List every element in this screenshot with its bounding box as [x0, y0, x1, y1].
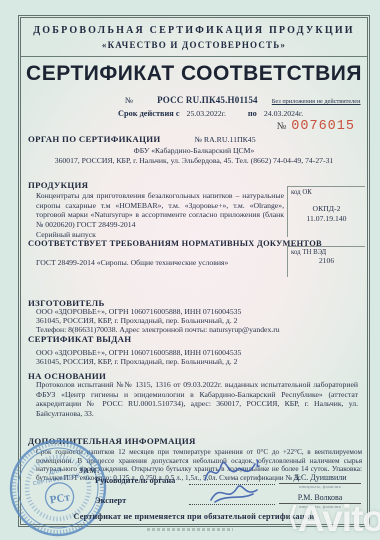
compliance-standard: ГОСТ 28499-2014 «Сиропы. Общие техническ… [36, 258, 228, 268]
product-description: Концентраты для приготовления безалкогол… [36, 191, 284, 229]
head-signatory-name: Д.С. Дуишвили [279, 473, 361, 484]
zam-note: ЗАМ. [79, 467, 100, 475]
attachment-note: Без приложения не действителен [272, 98, 361, 105]
program-title: ДОБРОВОЛЬНАЯ СЕРТИФИКАЦИЯ ПРОДУКЦИИ [21, 25, 367, 36]
number-sign: № [125, 95, 133, 105]
certificate-scan: ДОБРОВОЛЬНАЯ СЕРТИФИКАЦИЯ ПРОДУКЦИИ «КАЧ… [0, 0, 380, 540]
holder-label: СЕРТИФИКАТ ВЫДАН [28, 334, 131, 344]
program-subtitle: «КАЧЕСТВО И ДОСТОВЕРНОСТЬ» [21, 40, 367, 50]
certificate-frame: ДОБРОВОЛЬНАЯ СЕРТИФИКАЦИЯ ПРОДУКЦИИ «КАЧ… [18, 15, 370, 527]
stamp-ring-text-outer [7, 437, 109, 539]
avito-watermark: ⟨Avito [288, 498, 380, 540]
validity-row: Срок действия с 25.03.2022г. по 24.03.20… [118, 109, 303, 118]
validity-to: 24.03.2024г. [264, 109, 303, 118]
validity-label: Срок действия с [118, 109, 180, 118]
blank-number-sign: № [277, 121, 287, 132]
head-name-block: Д.С. Дуишвили инициалы, фамилия [279, 473, 361, 489]
expert-label: Эксперт [95, 496, 126, 505]
stamp-center-logo: РСт [49, 491, 71, 506]
avito-watermark-text: Avito [298, 498, 380, 539]
certification-body-number: № RA.RU.11ПК45 [195, 135, 256, 144]
certification-body-label: ОРГАН ПО СЕРТИФИКАЦИИ [28, 134, 161, 144]
avito-logo-icon: ⟨ [288, 501, 297, 531]
blank-number: 0076015 [291, 119, 355, 134]
certificate-title: СЕРТИФИКАТ СООТВЕТСТВИЯ [21, 62, 367, 86]
tnved-code: 2106 [288, 256, 365, 266]
compliance-label: СООТВЕТСТВУЕТ ТРЕБОВАНИЯМ НОРМАТИВНЫХ ДО… [28, 239, 322, 248]
registration-number: РОСС RU.ПК45.Н01154 [157, 95, 258, 105]
validity-from: 25.03.2022г. [187, 109, 226, 118]
code-ok-cell: код ОК ОКПД-2 11.07.19.140 [287, 186, 365, 237]
header-divider [21, 56, 367, 57]
registration-number-row: № РОСС RU.ПК45.Н01154 Без приложения не … [125, 95, 360, 105]
product-label: ПРОДУКЦИЯ [28, 180, 88, 190]
tnved-label: код ТН ВЭД [288, 247, 365, 256]
okpd-label: ОКПД-2 [288, 204, 365, 214]
head-signatory-label: Руководитель органа [95, 476, 175, 485]
stamp-word-top: ДЛЯ [49, 468, 62, 476]
basis-text: Протоколов испытаний №№ 1315, 1316 от 09… [36, 380, 358, 418]
blank-number-row: № 0076015 [277, 119, 355, 134]
certification-body-row: ОРГАН ПО СЕРТИФИКАЦИИ № RA.RU.11ПК45 [28, 134, 256, 144]
head-name-caption: инициалы, фамилия [279, 484, 361, 489]
certification-body-name: ФБУ «Кабардино-Балкарский ЦСМ» [21, 146, 367, 156]
print-footer-smudge [147, 528, 233, 531]
code-ok-label: код ОК [288, 187, 365, 196]
expert-signature-ink [207, 480, 267, 506]
stamp-word-bottom: СЕРТИФИКАТОВ [32, 473, 80, 487]
holder-address: 361045, РОССИЯ, КБР, г. Прохладный, пер.… [36, 357, 237, 367]
code-tnved-cell: код ТН ВЭД 2106 [287, 246, 365, 277]
certification-body-address: 360017, РОССИЯ, КБР, г. Нальчик, ул. Эль… [21, 156, 367, 166]
validity-to-label: по [248, 109, 257, 118]
okpd-code: 11.07.19.140 [288, 214, 365, 224]
